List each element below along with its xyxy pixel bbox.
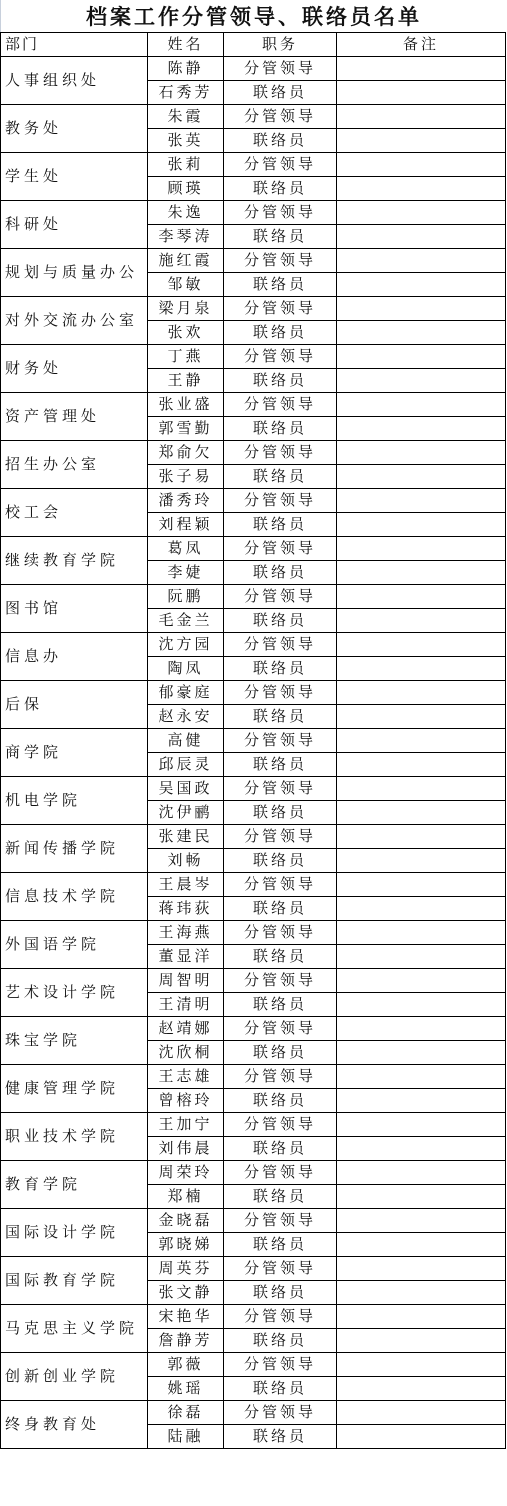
remarks-cell	[337, 393, 506, 417]
remarks-cell	[337, 849, 506, 873]
remarks-cell	[337, 1089, 506, 1113]
leader-name-cell: 王加宁	[148, 1113, 224, 1137]
leader-name-cell: 王志雄	[148, 1065, 224, 1089]
liaison-role-cell: 联络员	[224, 1137, 337, 1161]
remarks-cell	[337, 777, 506, 801]
leader-name-cell: 施红霞	[148, 249, 224, 273]
leader-role-cell: 分管领导	[224, 1017, 337, 1041]
liaison-role-cell: 联络员	[224, 369, 337, 393]
department-cell: 规划与质量办公	[1, 249, 148, 297]
department-cell: 后保	[1, 681, 148, 729]
leader-name-cell: 宋艳华	[148, 1305, 224, 1329]
remarks-cell	[337, 1161, 506, 1185]
liaison-role-cell: 联络员	[224, 609, 337, 633]
remarks-cell	[337, 705, 506, 729]
table-row: 后保郁豪庭分管领导	[1, 681, 506, 705]
leader-name-cell: 周荣玲	[148, 1161, 224, 1185]
table-row: 规划与质量办公施红霞分管领导	[1, 249, 506, 273]
document-title: 档案工作分管领导、联络员名单	[0, 0, 507, 32]
department-cell: 马克思主义学院	[1, 1305, 148, 1353]
leader-name-cell: 金晓磊	[148, 1209, 224, 1233]
remarks-cell	[337, 1065, 506, 1089]
remarks-cell	[337, 489, 506, 513]
leader-name-cell: 郭薇	[148, 1353, 224, 1377]
table-row: 信息办沈方园分管领导	[1, 633, 506, 657]
table-row: 校工会潘秀玲分管领导	[1, 489, 506, 513]
liaison-role-cell: 联络员	[224, 801, 337, 825]
leader-name-cell: 梁月泉	[148, 297, 224, 321]
remarks-cell	[337, 825, 506, 849]
leader-name-cell: 阮鹏	[148, 585, 224, 609]
liaison-name-cell: 詹静芳	[148, 1329, 224, 1353]
department-cell: 珠宝学院	[1, 1017, 148, 1065]
department-cell: 外国语学院	[1, 921, 148, 969]
table-row: 艺术设计学院周智明分管领导	[1, 969, 506, 993]
remarks-cell	[337, 1329, 506, 1353]
leader-name-cell: 沈方园	[148, 633, 224, 657]
department-cell: 人事组织处	[1, 57, 148, 105]
liaison-name-cell: 郑楠	[148, 1185, 224, 1209]
remarks-cell	[337, 225, 506, 249]
table-row: 机电学院吴国政分管领导	[1, 777, 506, 801]
leader-role-cell: 分管领导	[224, 201, 337, 225]
remarks-cell	[337, 537, 506, 561]
liaison-name-cell: 毛金兰	[148, 609, 224, 633]
leader-role-cell: 分管领导	[224, 1257, 337, 1281]
remarks-cell	[337, 57, 506, 81]
leader-role-cell: 分管领导	[224, 1353, 337, 1377]
leader-role-cell: 分管领导	[224, 921, 337, 945]
table-row: 对外交流办公室梁月泉分管领导	[1, 297, 506, 321]
leader-name-cell: 张业盛	[148, 393, 224, 417]
header-position: 职务	[224, 33, 337, 57]
table-row: 珠宝学院赵靖娜分管领导	[1, 1017, 506, 1041]
liaison-role-cell: 联络员	[224, 1377, 337, 1401]
leader-role-cell: 分管领导	[224, 825, 337, 849]
liaison-role-cell: 联络员	[224, 1233, 337, 1257]
remarks-cell	[337, 993, 506, 1017]
remarks-cell	[337, 873, 506, 897]
leader-role-cell: 分管领导	[224, 1065, 337, 1089]
table-row: 外国语学院王海燕分管领导	[1, 921, 506, 945]
liaison-name-cell: 邱辰灵	[148, 753, 224, 777]
table-row: 信息技术学院王晨岑分管领导	[1, 873, 506, 897]
liaison-name-cell: 王静	[148, 369, 224, 393]
leader-role-cell: 分管领导	[224, 1305, 337, 1329]
liaison-name-cell: 沈伊鹂	[148, 801, 224, 825]
remarks-cell	[337, 1353, 506, 1377]
department-cell: 终身教育处	[1, 1401, 148, 1449]
liaison-name-cell: 陶凤	[148, 657, 224, 681]
liaison-role-cell: 联络员	[224, 1425, 337, 1449]
table-row: 健康管理学院王志雄分管领导	[1, 1065, 506, 1089]
liaison-name-cell: 李琴涛	[148, 225, 224, 249]
department-cell: 财务处	[1, 345, 148, 393]
table-row: 马克思主义学院宋艳华分管领导	[1, 1305, 506, 1329]
liaison-name-cell: 张欢	[148, 321, 224, 345]
liaison-name-cell: 沈欣桐	[148, 1041, 224, 1065]
liaison-role-cell: 联络员	[224, 513, 337, 537]
header-name: 姓名	[148, 33, 224, 57]
department-cell: 艺术设计学院	[1, 969, 148, 1017]
department-cell: 健康管理学院	[1, 1065, 148, 1113]
liaison-name-cell: 姚瑶	[148, 1377, 224, 1401]
remarks-cell	[337, 105, 506, 129]
department-cell: 继续教育学院	[1, 537, 148, 585]
remarks-cell	[337, 1305, 506, 1329]
liaison-role-cell: 联络员	[224, 945, 337, 969]
header-department: 部门	[1, 33, 148, 57]
table-row: 商学院高健分管领导	[1, 729, 506, 753]
remarks-cell	[337, 201, 506, 225]
remarks-cell	[337, 273, 506, 297]
department-cell: 信息技术学院	[1, 873, 148, 921]
table-row: 招生办公室郑俞欠分管领导	[1, 441, 506, 465]
leader-name-cell: 丁燕	[148, 345, 224, 369]
leader-role-cell: 分管领导	[224, 1401, 337, 1425]
table-row: 国际教育学院周英芬分管领导	[1, 1257, 506, 1281]
remarks-cell	[337, 1281, 506, 1305]
table-row: 继续教育学院葛凤分管领导	[1, 537, 506, 561]
leader-name-cell: 王海燕	[148, 921, 224, 945]
remarks-cell	[337, 729, 506, 753]
remarks-cell	[337, 921, 506, 945]
remarks-cell	[337, 609, 506, 633]
table-row: 创新创业学院郭薇分管领导	[1, 1353, 506, 1377]
remarks-cell	[337, 513, 506, 537]
liaison-role-cell: 联络员	[224, 1281, 337, 1305]
leader-role-cell: 分管领导	[224, 873, 337, 897]
remarks-cell	[337, 369, 506, 393]
leader-name-cell: 郑俞欠	[148, 441, 224, 465]
department-cell: 职业技术学院	[1, 1113, 148, 1161]
remarks-cell	[337, 633, 506, 657]
leader-name-cell: 徐磊	[148, 1401, 224, 1425]
remarks-cell	[337, 1113, 506, 1137]
leader-role-cell: 分管领导	[224, 729, 337, 753]
liaison-name-cell: 顾瑛	[148, 177, 224, 201]
remarks-cell	[337, 441, 506, 465]
remarks-cell	[337, 801, 506, 825]
remarks-cell	[337, 1209, 506, 1233]
table-row: 终身教育处徐磊分管领导	[1, 1401, 506, 1425]
leader-role-cell: 分管领导	[224, 105, 337, 129]
table-row: 财务处丁燕分管领导	[1, 345, 506, 369]
liaison-role-cell: 联络员	[224, 753, 337, 777]
remarks-cell	[337, 297, 506, 321]
remarks-cell	[337, 1137, 506, 1161]
liaison-name-cell: 蒋玮荻	[148, 897, 224, 921]
department-cell: 图书馆	[1, 585, 148, 633]
liaison-role-cell: 联络员	[224, 1185, 337, 1209]
liaison-name-cell: 张文静	[148, 1281, 224, 1305]
roster-table: 部门 姓名 职务 备注 人事组织处陈静分管领导石秀芳联络员教务处朱霞分管领导张英…	[0, 32, 506, 1449]
liaison-role-cell: 联络员	[224, 273, 337, 297]
liaison-role-cell: 联络员	[224, 417, 337, 441]
leader-role-cell: 分管领导	[224, 537, 337, 561]
department-cell: 国际教育学院	[1, 1257, 148, 1305]
leader-role-cell: 分管领导	[224, 633, 337, 657]
remarks-cell	[337, 561, 506, 585]
remarks-cell	[337, 897, 506, 921]
leader-role-cell: 分管领导	[224, 1113, 337, 1137]
liaison-name-cell: 张英	[148, 129, 224, 153]
leader-name-cell: 张建民	[148, 825, 224, 849]
table-row: 新闻传播学院张建民分管领导	[1, 825, 506, 849]
remarks-cell	[337, 177, 506, 201]
liaison-name-cell: 郭晓娣	[148, 1233, 224, 1257]
remarks-cell	[337, 1425, 506, 1449]
liaison-role-cell: 联络员	[224, 993, 337, 1017]
table-row: 职业技术学院王加宁分管领导	[1, 1113, 506, 1137]
remarks-cell	[337, 1401, 506, 1425]
liaison-name-cell: 王清明	[148, 993, 224, 1017]
leader-name-cell: 郁豪庭	[148, 681, 224, 705]
liaison-role-cell: 联络员	[224, 849, 337, 873]
table-row: 图书馆阮鹏分管领导	[1, 585, 506, 609]
leader-role-cell: 分管领导	[224, 585, 337, 609]
department-cell: 教务处	[1, 105, 148, 153]
liaison-role-cell: 联络员	[224, 225, 337, 249]
leader-name-cell: 朱逸	[148, 201, 224, 225]
remarks-cell	[337, 1041, 506, 1065]
liaison-name-cell: 刘伟晨	[148, 1137, 224, 1161]
table-row: 国际设计学院金晓磊分管领导	[1, 1209, 506, 1233]
department-cell: 资产管理处	[1, 393, 148, 441]
department-cell: 信息办	[1, 633, 148, 681]
liaison-role-cell: 联络员	[224, 129, 337, 153]
leader-role-cell: 分管领导	[224, 969, 337, 993]
department-cell: 招生办公室	[1, 441, 148, 489]
remarks-cell	[337, 153, 506, 177]
liaison-name-cell: 赵永安	[148, 705, 224, 729]
department-cell: 科研处	[1, 201, 148, 249]
leader-role-cell: 分管领导	[224, 153, 337, 177]
liaison-name-cell: 陆融	[148, 1425, 224, 1449]
remarks-cell	[337, 1233, 506, 1257]
leader-role-cell: 分管领导	[224, 777, 337, 801]
table-row: 教育学院周荣玲分管领导	[1, 1161, 506, 1185]
liaison-role-cell: 联络员	[224, 705, 337, 729]
remarks-cell	[337, 1017, 506, 1041]
liaison-name-cell: 石秀芳	[148, 81, 224, 105]
liaison-role-cell: 联络员	[224, 1041, 337, 1065]
table-row: 科研处朱逸分管领导	[1, 201, 506, 225]
department-cell: 机电学院	[1, 777, 148, 825]
department-cell: 教育学院	[1, 1161, 148, 1209]
table-row: 人事组织处陈静分管领导	[1, 57, 506, 81]
leader-name-cell: 周智明	[148, 969, 224, 993]
header-row: 部门 姓名 职务 备注	[1, 33, 506, 57]
remarks-cell	[337, 129, 506, 153]
liaison-role-cell: 联络员	[224, 657, 337, 681]
leader-role-cell: 分管领导	[224, 345, 337, 369]
liaison-role-cell: 联络员	[224, 561, 337, 585]
leader-name-cell: 王晨岑	[148, 873, 224, 897]
header-remarks: 备注	[337, 33, 506, 57]
remarks-cell	[337, 465, 506, 489]
remarks-cell	[337, 657, 506, 681]
table-row: 学生处张莉分管领导	[1, 153, 506, 177]
table-row: 资产管理处张业盛分管领导	[1, 393, 506, 417]
remarks-cell	[337, 1185, 506, 1209]
leader-role-cell: 分管领导	[224, 393, 337, 417]
leader-role-cell: 分管领导	[224, 249, 337, 273]
department-cell: 校工会	[1, 489, 148, 537]
leader-name-cell: 陈静	[148, 57, 224, 81]
liaison-name-cell: 郭雪勤	[148, 417, 224, 441]
liaison-role-cell: 联络员	[224, 1329, 337, 1353]
leader-name-cell: 朱霞	[148, 105, 224, 129]
remarks-cell	[337, 345, 506, 369]
leader-name-cell: 赵靖娜	[148, 1017, 224, 1041]
table-row: 教务处朱霞分管领导	[1, 105, 506, 129]
department-cell: 创新创业学院	[1, 1353, 148, 1401]
liaison-role-cell: 联络员	[224, 81, 337, 105]
leader-role-cell: 分管领导	[224, 681, 337, 705]
liaison-role-cell: 联络员	[224, 177, 337, 201]
liaison-name-cell: 邹敏	[148, 273, 224, 297]
remarks-cell	[337, 249, 506, 273]
liaison-name-cell: 李婕	[148, 561, 224, 585]
remarks-cell	[337, 321, 506, 345]
department-cell: 学生处	[1, 153, 148, 201]
department-cell: 商学院	[1, 729, 148, 777]
liaison-role-cell: 联络员	[224, 897, 337, 921]
remarks-cell	[337, 969, 506, 993]
leader-name-cell: 张莉	[148, 153, 224, 177]
leader-name-cell: 周英芬	[148, 1257, 224, 1281]
remarks-cell	[337, 585, 506, 609]
remarks-cell	[337, 417, 506, 441]
remarks-cell	[337, 81, 506, 105]
department-cell: 新闻传播学院	[1, 825, 148, 873]
department-cell: 国际设计学院	[1, 1209, 148, 1257]
liaison-name-cell: 张子易	[148, 465, 224, 489]
leader-name-cell: 潘秀玲	[148, 489, 224, 513]
liaison-role-cell: 联络员	[224, 321, 337, 345]
remarks-cell	[337, 753, 506, 777]
liaison-name-cell: 刘畅	[148, 849, 224, 873]
remarks-cell	[337, 1257, 506, 1281]
leader-name-cell: 高健	[148, 729, 224, 753]
leader-role-cell: 分管领导	[224, 297, 337, 321]
remarks-cell	[337, 1377, 506, 1401]
leader-role-cell: 分管领导	[224, 1209, 337, 1233]
leader-role-cell: 分管领导	[224, 441, 337, 465]
leader-role-cell: 分管领导	[224, 57, 337, 81]
liaison-name-cell: 董显洋	[148, 945, 224, 969]
leader-name-cell: 葛凤	[148, 537, 224, 561]
leader-name-cell: 吴国政	[148, 777, 224, 801]
liaison-role-cell: 联络员	[224, 1089, 337, 1113]
remarks-cell	[337, 945, 506, 969]
department-cell: 对外交流办公室	[1, 297, 148, 345]
leader-role-cell: 分管领导	[224, 1161, 337, 1185]
remarks-cell	[337, 681, 506, 705]
liaison-name-cell: 曾榕玲	[148, 1089, 224, 1113]
liaison-name-cell: 刘程颖	[148, 513, 224, 537]
liaison-role-cell: 联络员	[224, 465, 337, 489]
leader-role-cell: 分管领导	[224, 489, 337, 513]
